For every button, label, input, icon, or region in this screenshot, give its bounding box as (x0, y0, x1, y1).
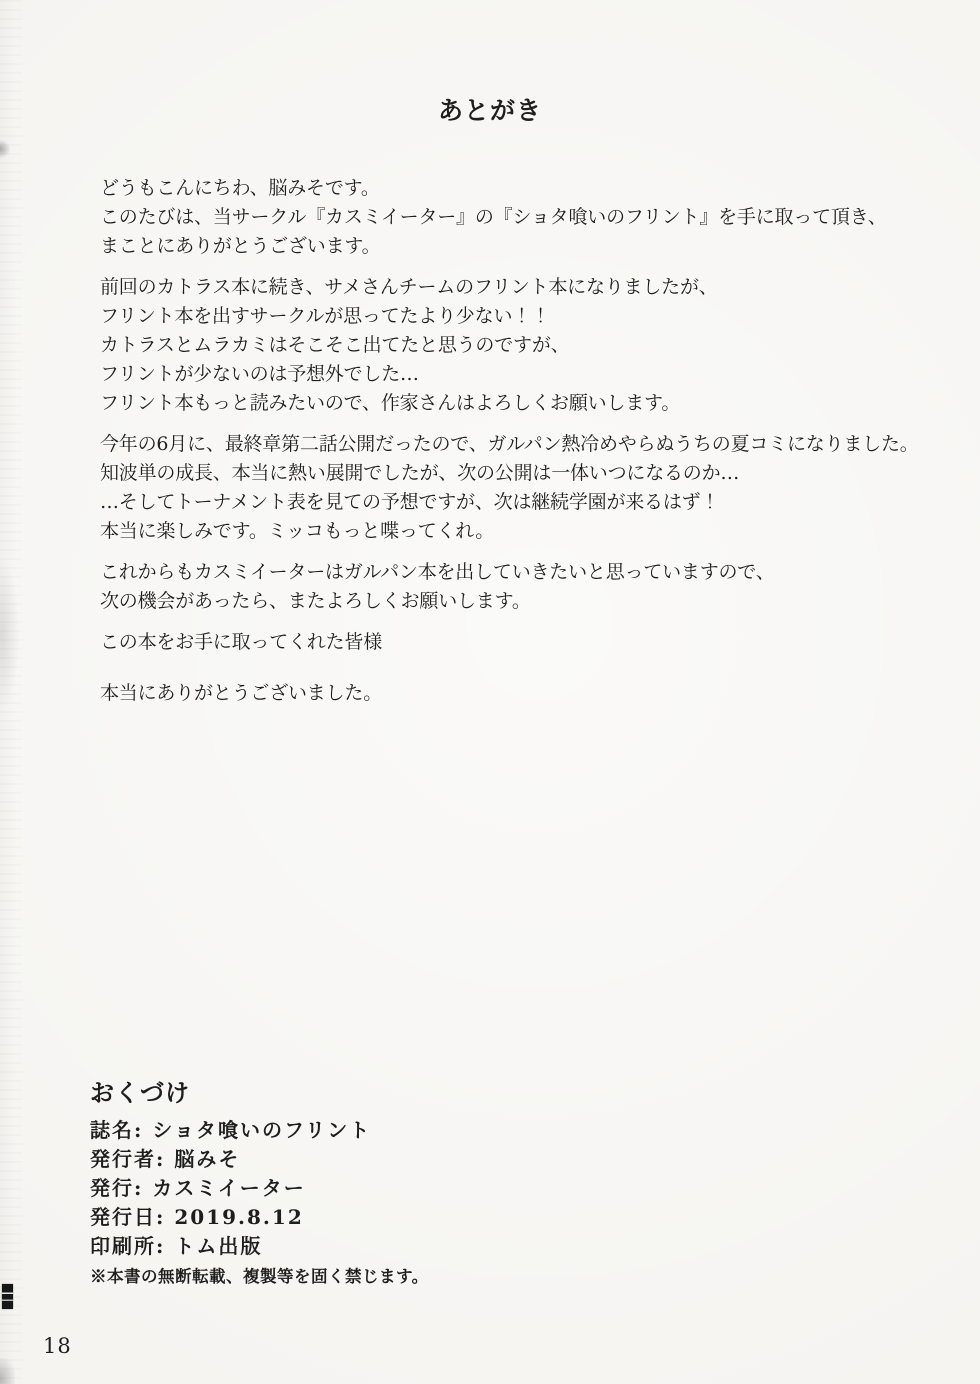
colophon-entry: 印刷所:トム出版 (90, 1232, 690, 1261)
paragraph: これからもカスミイーターはガルパン本を出していきたいと思っていますので、次の機会… (100, 558, 910, 616)
text-line: どうもこんにちわ、脳みそです。 (100, 174, 910, 203)
text-line: まことにありがとうございます。 (100, 232, 910, 261)
scanned-page: あとがき どうもこんにちわ、脳みそです。このたびは、当サークル『カスミイーター』… (0, 0, 980, 1384)
colophon-value: カスミイーター (152, 1176, 305, 1200)
text-line: カトラスとムラカミはそこそこ出てたと思うのですが、 (100, 331, 910, 360)
text-line: フリント本もっと読みたいので、作家さんはよろしくお願いします。 (100, 389, 910, 418)
text-line: 知波単の成長、本当に熱い展開でしたが、次の公開は一体いつになるのか… (100, 459, 910, 488)
colophon-label: 発行: (90, 1176, 143, 1200)
colophon-entry: 誌名:ショタ喰いのフリント (90, 1116, 690, 1145)
scan-artifact-smudge (0, 560, 20, 710)
text-line: 前回のカトラス本に続き、サメさんチームのフリント本になりましたが、 (100, 273, 910, 302)
colophon-value: 脳みそ (174, 1147, 240, 1171)
paragraph: 前回のカトラス本に続き、サメさんチームのフリント本になりましたが、フリント本を出… (100, 273, 910, 418)
colophon-heading: おくづけ (90, 1078, 690, 1108)
colophon: おくづけ 誌名:ショタ喰いのフリント発行者:脳みそ発行:カスミイーター発行日:2… (90, 1078, 690, 1289)
colophon-label: 発行日: (90, 1205, 165, 1229)
text-line: 本当に楽しみです。ミッコもっと喋ってくれ。 (100, 517, 910, 546)
text-line: この本をお手に取ってくれた皆様 (100, 628, 910, 657)
text-line: このたびは、当サークル『カスミイーター』の『ショタ喰いのフリント』を手に取って頂… (100, 203, 910, 232)
paragraph: この本をお手に取ってくれた皆様 (100, 628, 910, 657)
paragraph: 本当にありがとうございました。 (100, 679, 910, 708)
colophon-entry: 発行者:脳みそ (90, 1145, 690, 1174)
scan-artifact-smudge (0, 1358, 15, 1384)
text-line: これからもカスミイーターはガルパン本を出していきたいと思っていますので、 (100, 558, 910, 587)
paragraph: 今年の6月に、最終章第二話公開だったので、ガルパン熱冷めやらぬうちの夏コミになり… (100, 430, 910, 546)
text-line: …そしてトーナメント表を見ての予想ですが、次は継続学園が来るはず！ (100, 488, 910, 517)
afterword-title: あとがき (0, 96, 980, 126)
page-number: 18 (43, 1334, 72, 1358)
colophon-value: ショタ喰いのフリント (152, 1118, 371, 1142)
paragraph: どうもこんにちわ、脳みそです。このたびは、当サークル『カスミイーター』の『ショタ… (100, 174, 910, 261)
colophon-entry: 発行:カスミイーター (90, 1174, 690, 1203)
colophon-label: 発行者: (90, 1147, 165, 1171)
text-line: フリントが少ないのは予想外でした… (100, 360, 910, 389)
scan-artifact-smudge (0, 140, 10, 158)
scan-artifact-print-mark (2, 1284, 13, 1309)
text-line: 本当にありがとうございました。 (100, 679, 910, 708)
afterword-body: どうもこんにちわ、脳みそです。このたびは、当サークル『カスミイーター』の『ショタ… (100, 174, 910, 720)
colophon-entries: 誌名:ショタ喰いのフリント発行者:脳みそ発行:カスミイーター発行日:2019.8… (90, 1116, 690, 1261)
colophon-value: トム出版 (174, 1234, 262, 1258)
colophon-label: 印刷所: (90, 1234, 165, 1258)
text-line: フリント本を出すサークルが思ってたより少ない！！ (100, 302, 910, 331)
text-line: 次の機会があったら、またよろしくお願いします。 (100, 587, 910, 616)
colophon-label: 誌名: (90, 1118, 143, 1142)
text-line: 今年の6月に、最終章第二話公開だったので、ガルパン熱冷めやらぬうちの夏コミになり… (100, 430, 910, 459)
colophon-entry: 発行日:2019.8.12 (90, 1203, 690, 1232)
colophon-value: 2019.8.12 (174, 1205, 303, 1229)
copyright-notice: ※本書の無断転載、複製等を固く禁じます。 (90, 1265, 690, 1289)
